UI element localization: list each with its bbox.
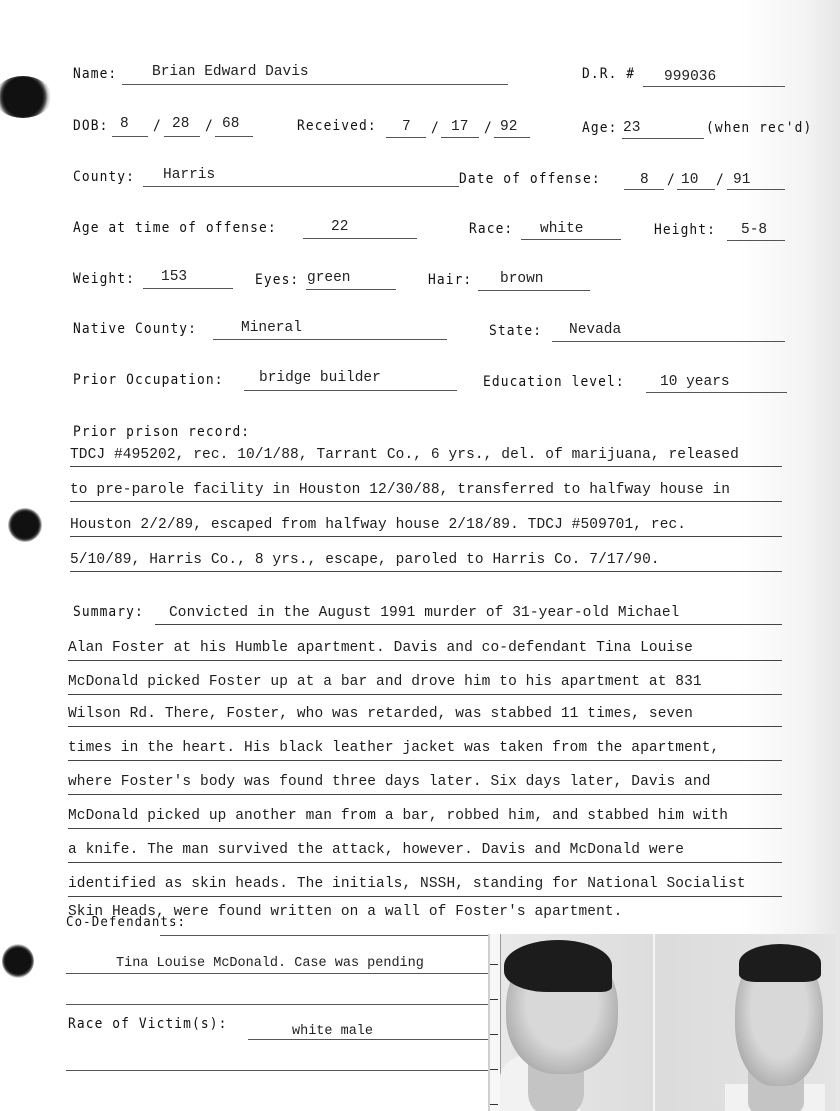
offense-month: 8 <box>640 172 649 188</box>
photo-divider <box>653 934 655 1111</box>
county-label: County: <box>73 169 135 185</box>
offense-year: 91 <box>733 172 750 188</box>
state-label: State: <box>489 323 542 339</box>
victim-race-value: white male <box>292 1024 373 1039</box>
summary-line: Wilson Rd. There, Foster, who was retard… <box>68 706 693 722</box>
summary-label: Summary: <box>73 604 144 620</box>
date-separator: / <box>205 118 214 134</box>
codefendants-label: Co-Defendants: <box>66 914 186 930</box>
date-separator: / <box>716 172 725 188</box>
dob-month: 8 <box>120 116 129 132</box>
weight-underline <box>143 288 233 289</box>
summary-line: times in the heart. His black leather ja… <box>68 740 719 756</box>
dob-day-underline <box>164 136 200 137</box>
summary-underline <box>68 862 782 863</box>
summary-underline <box>68 660 782 661</box>
front-hair <box>739 944 821 982</box>
county-value: Harris <box>163 167 215 183</box>
age-offense-value: 22 <box>331 219 348 235</box>
profile-hair <box>504 940 612 992</box>
mugshot-photo <box>488 934 836 1111</box>
name-value: Brian Edward Davis <box>152 64 309 80</box>
victim-extra-line <box>66 1070 490 1071</box>
summary-underline <box>68 794 782 795</box>
prior-record-line: to pre-parole facility in Houston 12/30/… <box>70 482 730 498</box>
occupation-value: bridge builder <box>259 370 381 386</box>
punch-hole-middle <box>8 508 42 542</box>
offense-day: 10 <box>681 172 698 188</box>
eyes-label: Eyes: <box>255 272 299 288</box>
summary-line: where Foster's body was found three days… <box>68 774 711 790</box>
summary-underline <box>68 896 782 897</box>
name-underline <box>122 84 508 85</box>
received-month-underline <box>386 137 426 138</box>
punch-hole-top <box>0 76 52 118</box>
race-label: Race: <box>469 221 513 237</box>
dob-label: DOB: <box>73 118 108 134</box>
summary-underline <box>68 760 782 761</box>
occupation-label: Prior Occupation: <box>73 372 224 388</box>
race-value: white <box>540 221 584 237</box>
native-county-label: Native County: <box>73 321 197 337</box>
punch-hole-bottom <box>2 944 34 978</box>
summary-line: Alan Foster at his Humble apartment. Dav… <box>68 640 693 656</box>
offense-year-underline <box>727 189 785 190</box>
dr-underline <box>643 86 785 87</box>
codefendants-line-2 <box>66 1004 490 1005</box>
prior-record-underline <box>70 501 782 502</box>
age-suffix: (when rec'd) <box>706 120 812 136</box>
received-day-underline <box>441 137 479 138</box>
dr-label: D.R. # <box>582 66 635 82</box>
date-separator: / <box>667 172 676 188</box>
native-county-value: Mineral <box>241 320 302 336</box>
offense-date-label: Date of offense: <box>459 171 601 187</box>
dob-year-underline <box>215 136 253 137</box>
summary-line: a knife. The man survived the attack, ho… <box>68 842 684 858</box>
summary-line: McDonald picked Foster up at a bar and d… <box>68 674 702 690</box>
date-separator: / <box>153 118 162 134</box>
height-label: Height: <box>654 222 716 238</box>
prior-record-underline <box>70 536 782 537</box>
summary-underline <box>68 694 782 695</box>
date-separator: / <box>431 120 440 136</box>
race-underline <box>521 239 621 240</box>
age-offense-underline <box>303 238 417 239</box>
name-label: Name: <box>73 66 117 82</box>
summary-line: McDonald picked up another man from a ba… <box>68 808 728 824</box>
received-month: 7 <box>402 119 411 135</box>
summary-underline <box>68 726 782 727</box>
prior-record-line: 5/10/89, Harris Co., 8 yrs., escape, par… <box>70 552 660 568</box>
offense-day-underline <box>677 189 715 190</box>
education-underline <box>646 392 787 393</box>
prior-record-underline <box>70 466 782 467</box>
prior-record-label: Prior prison record: <box>73 424 250 440</box>
codefendants-line-1 <box>66 973 490 974</box>
inmate-record-page: Name: Brian Edward Davis D.R. # 999036 D… <box>0 0 840 1111</box>
weight-label: Weight: <box>73 271 135 287</box>
state-value: Nevada <box>569 322 621 338</box>
dr-number-value: 999036 <box>664 69 716 85</box>
received-day: 17 <box>451 119 468 135</box>
summary-line: identified as skin heads. The initials, … <box>68 876 746 892</box>
eyes-value: green <box>307 270 351 286</box>
victim-race-label: Race of Victim(s): <box>68 1016 227 1032</box>
age-label: Age: <box>582 120 617 136</box>
hair-label: Hair: <box>428 272 472 288</box>
codefendants-value: Tina Louise McDonald. Case was pending <box>116 956 424 971</box>
summary-first-line: Convicted in the August 1991 murder of 3… <box>169 605 679 621</box>
victim-race-underline <box>248 1039 490 1040</box>
state-underline <box>552 341 785 342</box>
hair-underline <box>478 290 590 291</box>
offense-month-underline <box>624 189 664 190</box>
height-value: 5-8 <box>741 222 767 238</box>
education-label: Education level: <box>483 374 625 390</box>
height-underline <box>727 240 785 241</box>
age-value: 23 <box>623 120 640 136</box>
age-underline <box>622 138 704 139</box>
native-county-underline <box>213 339 447 340</box>
received-year-underline <box>494 137 530 138</box>
weight-value: 153 <box>161 269 187 285</box>
county-underline <box>143 186 459 187</box>
dob-day: 28 <box>172 116 189 132</box>
summary-underline <box>68 828 782 829</box>
received-year: 92 <box>500 119 517 135</box>
eyes-underline <box>306 289 396 290</box>
education-value: 10 years <box>660 374 730 390</box>
prior-record-line: Houston 2/2/89, escaped from halfway hou… <box>70 517 686 533</box>
date-separator: / <box>484 120 493 136</box>
dob-month-underline <box>112 136 148 137</box>
dob-year: 68 <box>222 116 239 132</box>
hair-value: brown <box>500 271 544 287</box>
prior-record-underline <box>70 571 782 572</box>
received-label: Received: <box>297 118 377 134</box>
prior-record-line: TDCJ #495202, rec. 10/1/88, Tarrant Co.,… <box>70 447 739 463</box>
codefendants-underline <box>160 935 490 936</box>
occupation-underline <box>244 390 457 391</box>
age-offense-label: Age at time of offense: <box>73 220 277 236</box>
summary-underline <box>155 624 782 625</box>
